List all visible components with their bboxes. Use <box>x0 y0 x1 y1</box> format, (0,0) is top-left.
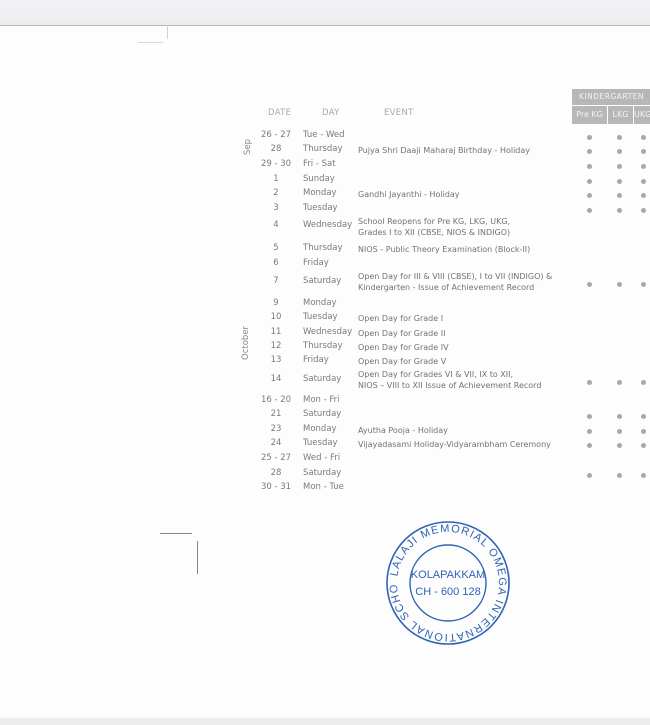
row-day: Tuesday <box>303 312 338 322</box>
kg-holiday-dot-icon <box>587 282 592 287</box>
row-date: 16 - 20 <box>255 395 297 405</box>
row-event-line: Gandhi Jayanthi - Holiday <box>358 190 460 199</box>
kg-holiday-dot-icon <box>617 164 622 169</box>
row-day: Thursday <box>303 144 343 154</box>
kg-holiday-dot-icon <box>617 443 622 448</box>
kg-holiday-dot-icon <box>641 164 646 169</box>
row-event: Open Day for Grade V <box>358 356 446 367</box>
row-event: Open Day for III & VIII (CBSE), I to VII… <box>358 271 552 293</box>
scan-artifact-dash <box>138 42 163 43</box>
row-date: 6 <box>255 258 297 268</box>
kg-holiday-dot-icon <box>587 443 592 448</box>
row-day: Saturday <box>303 409 341 419</box>
kg-holiday-dot-icon <box>641 473 646 478</box>
row-date: 10 <box>255 312 297 322</box>
row-event: Gandhi Jayanthi - Holiday <box>358 189 460 200</box>
scanner-top-edge <box>0 0 650 26</box>
row-date: 30 - 31 <box>255 482 297 492</box>
row-date: 2 <box>255 188 297 198</box>
row-day: Sunday <box>303 174 335 184</box>
row-day: Wednesday <box>303 327 352 337</box>
row-date: 24 <box>255 438 297 448</box>
row-date: 7 <box>255 276 297 286</box>
kg-holiday-dot-icon <box>587 380 592 385</box>
kg-holiday-dot-icon <box>617 179 622 184</box>
row-date: 14 <box>255 374 297 384</box>
row-day: Friday <box>303 355 329 365</box>
column-header-pre-kg: Pre KG <box>572 106 607 124</box>
kg-holiday-dot-icon <box>641 193 646 198</box>
kg-holiday-dot-icon <box>587 193 592 198</box>
row-day: Monday <box>303 188 337 198</box>
kg-holiday-dot-icon <box>617 473 622 478</box>
column-header-event: EVENT <box>384 108 414 118</box>
kg-holiday-dot-icon <box>641 179 646 184</box>
row-day: Tuesday <box>303 438 338 448</box>
row-date: 21 <box>255 409 297 419</box>
row-day: Saturday <box>303 468 341 478</box>
kg-holiday-dot-icon <box>617 282 622 287</box>
kg-holiday-dot-icon <box>587 164 592 169</box>
row-event-line: Open Day for Grade I <box>358 314 443 323</box>
row-day: Monday <box>303 424 337 434</box>
row-day: Friday <box>303 258 329 268</box>
row-day: Wednesday <box>303 220 352 230</box>
kg-holiday-dot-icon <box>587 208 592 213</box>
row-date: 4 <box>255 220 297 230</box>
row-day: Saturday <box>303 374 341 384</box>
scanner-bottom-edge <box>0 718 650 725</box>
column-header-day: DAY <box>322 108 340 118</box>
month-label-sep: Sep <box>243 139 253 155</box>
row-event: Pujya Shri Daaji Maharaj Birthday - Holi… <box>358 145 530 156</box>
row-event-line: NIOS - Public Theory Examination (Block-… <box>358 245 530 254</box>
row-event-line: NIOS – VIII to XII Issue of Achievement … <box>358 381 541 390</box>
row-day: Fri - Sat <box>303 159 336 169</box>
row-day: Wed - Fri <box>303 453 340 463</box>
margin-mark <box>160 533 192 534</box>
row-event: Open Day for Grade II <box>358 328 445 339</box>
row-event: School Reopens for Pre KG, LKG, UKG,Grad… <box>358 216 510 238</box>
column-header-date: DATE <box>268 108 291 118</box>
row-day: Mon - Fri <box>303 395 340 405</box>
row-date: 5 <box>255 243 297 253</box>
row-date: 28 <box>255 468 297 478</box>
row-date: 23 <box>255 424 297 434</box>
scan-artifact-tick <box>167 25 168 39</box>
column-header-lkg: LKG <box>608 106 633 124</box>
row-date: 11 <box>255 327 297 337</box>
row-day: Mon - Tue <box>303 482 344 492</box>
kg-holiday-dot-icon <box>587 179 592 184</box>
svg-text:CH - 600 128: CH - 600 128 <box>415 586 480 598</box>
kg-holiday-dot-icon <box>587 414 592 419</box>
kg-holiday-dot-icon <box>617 193 622 198</box>
row-event: Open Day for Grade I <box>358 313 443 324</box>
row-event: Open Day for Grade IV <box>358 342 449 353</box>
kg-holiday-dot-icon <box>641 443 646 448</box>
kg-holiday-dot-icon <box>617 414 622 419</box>
kg-holiday-dot-icon <box>641 414 646 419</box>
row-event: Vijayadasami Holiday-Vidyarambham Ceremo… <box>358 439 551 450</box>
row-day: Tue - Wed <box>303 130 345 140</box>
row-date: 13 <box>255 355 297 365</box>
kg-holiday-dot-icon <box>617 429 622 434</box>
row-event-line: Ayutha Pooja - Holiday <box>358 426 448 435</box>
kg-holiday-dot-icon <box>641 135 646 140</box>
row-event-line: Open Day for Grade V <box>358 357 446 366</box>
kg-holiday-dot-icon <box>587 429 592 434</box>
school-seal-stamp: LALAJI MEMORIAL OMEGA INTERNATIONAL SCHO… <box>383 518 513 648</box>
kg-holiday-dot-icon <box>617 380 622 385</box>
row-date: 12 <box>255 341 297 351</box>
column-header-ukg: UKG <box>634 106 650 124</box>
kg-holiday-dot-icon <box>617 135 622 140</box>
kg-holiday-dot-icon <box>641 208 646 213</box>
row-event-line: Kindergarten - Issue of Achievement Reco… <box>358 283 534 292</box>
kg-holiday-dot-icon <box>641 429 646 434</box>
row-date: 29 - 30 <box>255 159 297 169</box>
row-day: Tuesday <box>303 203 338 213</box>
row-date: 9 <box>255 298 297 308</box>
row-date: 3 <box>255 203 297 213</box>
kg-holiday-dot-icon <box>641 282 646 287</box>
kg-holiday-dot-icon <box>587 473 592 478</box>
row-event-line: Open Day for Grade II <box>358 329 445 338</box>
row-event-line: School Reopens for Pre KG, LKG, UKG, <box>358 217 510 226</box>
kg-holiday-dot-icon <box>587 135 592 140</box>
kg-holiday-dot-icon <box>617 208 622 213</box>
row-event-line: Open Day for Grades VI & VII, IX to XII, <box>358 370 513 379</box>
row-day: Thursday <box>303 243 343 253</box>
row-event-line: Grades I to XII (CBSE, NIOS & INDIGO) <box>358 228 510 237</box>
row-event-line: Open Day for Grade IV <box>358 343 449 352</box>
kg-holiday-dot-icon <box>587 149 592 154</box>
row-date: 25 - 27 <box>255 453 297 463</box>
row-date: 1 <box>255 174 297 184</box>
kg-holiday-dot-icon <box>641 380 646 385</box>
margin-mark <box>197 541 198 574</box>
kindergarten-header: KINDERGARTEN <box>572 89 650 105</box>
kg-holiday-dot-icon <box>617 149 622 154</box>
kg-holiday-dot-icon <box>641 149 646 154</box>
row-event: NIOS - Public Theory Examination (Block-… <box>358 244 530 255</box>
row-date: 26 - 27 <box>255 130 297 140</box>
row-date: 28 <box>255 144 297 154</box>
month-label-october: October <box>241 326 251 360</box>
row-event-line: Open Day for III & VIII (CBSE), I to VII… <box>358 272 552 281</box>
row-event-line: Vijayadasami Holiday-Vidyarambham Ceremo… <box>358 440 551 449</box>
row-day: Thursday <box>303 341 343 351</box>
row-event: Open Day for Grades VI & VII, IX to XII,… <box>358 369 541 391</box>
row-event-line: Pujya Shri Daaji Maharaj Birthday - Holi… <box>358 146 530 155</box>
row-event: Ayutha Pooja - Holiday <box>358 425 448 436</box>
svg-text:KOLAPAKKAM: KOLAPAKKAM <box>411 569 485 581</box>
row-day: Saturday <box>303 276 341 286</box>
row-day: Monday <box>303 298 337 308</box>
